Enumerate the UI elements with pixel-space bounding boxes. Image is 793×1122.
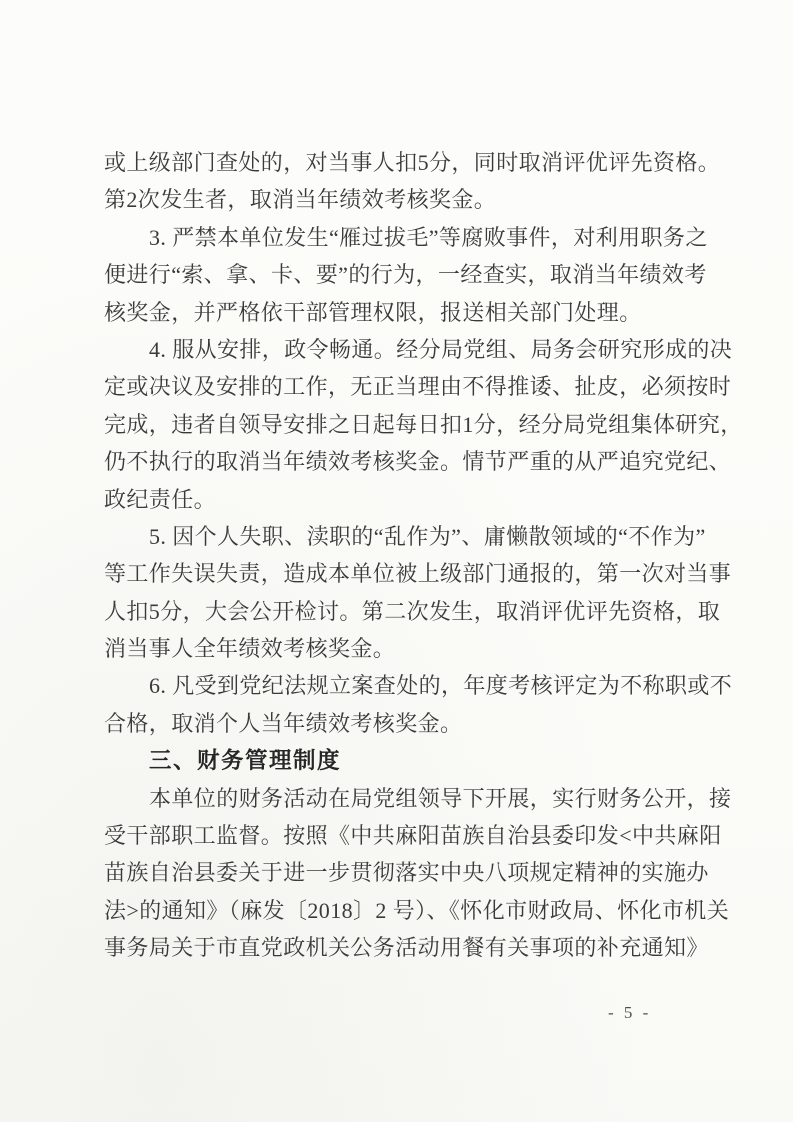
text-line: 事务局关于市直党政机关公务活动用餐有关事项的补充通知》: [104, 932, 700, 969]
page-number: - 5 -: [608, 1003, 651, 1023]
text-line: 6. 凡受到党纪法规立案查处的，年度考核评定为不称职或不: [104, 670, 700, 707]
text-line: 政纪责任。: [104, 484, 700, 521]
text-line: 定或决议及安排的工作，无正当理由不得推诿、扯皮，必须按时: [104, 371, 700, 408]
text-line: 法>的通知》（麻发〔2018〕2 号）、《怀化市财政局、怀化市机关: [104, 895, 700, 932]
text-line: 4. 服从安排，政令畅通。经分局党组、局务会研究形成的决: [104, 334, 700, 371]
text-line: 5. 因个人失职、渎职的“乱作为”、庸懒散领域的“不作为”: [104, 521, 700, 558]
text-line: 核奖金，并严格依干部管理权限，报送相关部门处理。: [104, 297, 700, 334]
text-line: 等工作失误失责，造成本单位被上级部门通报的，第一次对当事: [104, 558, 700, 595]
text-line: 人扣5分，大会公开检讨。第二次发生，取消评优评先资格，取: [104, 596, 700, 633]
text-line: 本单位的财务活动在局党组领导下开展，实行财务公开，接: [104, 783, 700, 820]
text-line: 合格，取消个人当年绩效考核奖金。: [104, 708, 700, 745]
text-line: 或上级部门查处的，对当事人扣5分，同时取消评优评先资格。: [104, 147, 700, 184]
section-heading: 三、财务管理制度: [104, 745, 700, 782]
text-line: 受干部职工监督。按照《中共麻阳苗族自治县委印发<中共麻阳: [104, 820, 700, 857]
document-text-block: 或上级部门查处的，对当事人扣5分，同时取消评优评先资格。第2次发生者，取消当年绩…: [104, 147, 700, 970]
text-line: 第2次发生者，取消当年绩效考核奖金。: [104, 184, 700, 221]
text-line: 便进行“索、拿、卡、要”的行为，一经查实，取消当年绩效考: [104, 259, 700, 296]
text-line: 仍不执行的取消当年绩效考核奖金。情节严重的从严追究党纪、: [104, 446, 700, 483]
text-line: 3. 严禁本单位发生“雁过拔毛”等腐败事件，对利用职务之: [104, 222, 700, 259]
text-line: 苗族自治县委关于进一步贯彻落实中央八项规定精神的实施办: [104, 857, 700, 894]
text-line: 完成，违者自领导安排之日起每日扣1分，经分局党组集体研究，: [104, 409, 700, 446]
text-line: 消当事人全年绩效考核奖金。: [104, 633, 700, 670]
scanned-page: 或上级部门查处的，对当事人扣5分，同时取消评优评先资格。第2次发生者，取消当年绩…: [0, 0, 793, 1122]
